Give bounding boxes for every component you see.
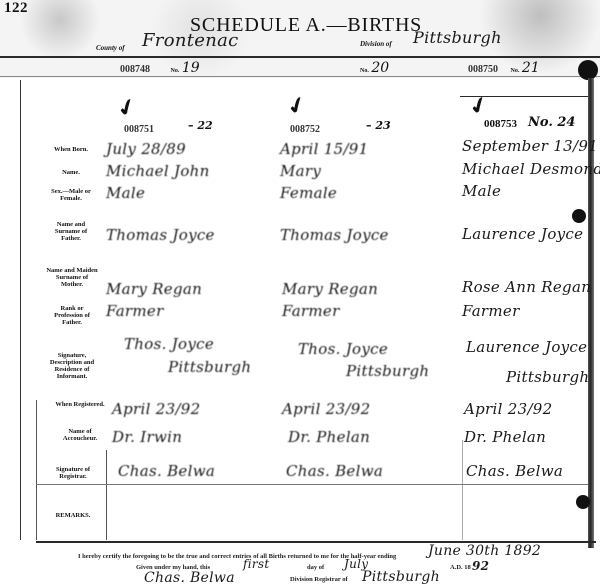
registrar-signature: Chas. Belwa (118, 462, 215, 480)
label-name: Name. (36, 169, 106, 176)
label-accoucheur: Name of Accoucheur. (55, 428, 105, 442)
accoucheur: Dr. Irwin (112, 428, 182, 446)
header-rule-lower (0, 76, 600, 77)
when-registered: April 23/92 (112, 400, 201, 418)
sex: Male (462, 182, 501, 200)
column-rule (462, 440, 463, 540)
father-profession: Farmer (282, 302, 340, 320)
child-name: Mary (280, 162, 321, 180)
day-of-label: day of (307, 564, 324, 571)
informant-name: Thos. Joyce (298, 340, 388, 358)
label-sex: Sex.—Male or Female. (41, 188, 101, 202)
division-value-footer: Pittsburgh (362, 569, 440, 585)
child-name: Michael Desmond (462, 160, 600, 178)
registration-number: – 23 (366, 119, 391, 132)
prev-cert-no: 008750 (468, 64, 498, 75)
accoucheur: Dr. Phelan (464, 428, 546, 446)
sex: Female (280, 184, 337, 202)
ad-label: A.D. 18 (450, 564, 471, 571)
cert-number: 008751 (124, 124, 154, 135)
label-registrar: Signature of Registrar. (45, 466, 101, 480)
label-informant: Signature, Description and Residence of … (47, 352, 97, 380)
father-name: Laurence Joyce (462, 225, 583, 243)
prev-entry-1: 008748 No. 19 (120, 60, 200, 76)
informant-residence: Pittsburgh (346, 362, 429, 380)
division-label: Division of (360, 40, 392, 48)
label-when-registered: When Registered. (55, 401, 105, 408)
label-when-born: When Born. (36, 146, 106, 153)
sex: Male (106, 184, 145, 202)
label-mother: Name and Maiden Surname of Mother. (46, 267, 98, 288)
mother-name: Mary Regan (282, 280, 378, 298)
prev-reg-no: 20 (371, 60, 389, 76)
prev-no-label: No. (171, 68, 180, 74)
label-column-rule (36, 400, 37, 540)
punch-hole (578, 60, 598, 80)
division-registrar-label: Division Registrar of (290, 576, 348, 583)
child-name: Michael John (106, 162, 210, 180)
cert-number: 008752 (290, 124, 320, 135)
header-rule (0, 56, 600, 58)
county-value: Frontenac (142, 30, 239, 51)
when-registered: April 23/92 (464, 400, 553, 418)
prev-reg-no: 19 (182, 60, 200, 76)
prev-cert-no: 008748 (120, 64, 150, 75)
mother-name: Rose Ann Regan (462, 278, 591, 296)
prev-entry-3: 008750 No. 21 (468, 60, 540, 76)
father-name: Thomas Joyce (280, 226, 389, 244)
registrar-signature: Chas. Belwa (466, 462, 563, 480)
prev-no-label: No. (511, 68, 520, 74)
label-column-rule (106, 450, 107, 540)
when-born: September 13/91 (462, 137, 598, 155)
registration-number: – 22 (188, 119, 213, 132)
accoucheur: Dr. Phelan (288, 428, 370, 446)
cert-number: 008753 (484, 118, 517, 130)
when-born: April 15/91 (280, 140, 369, 158)
punch-hole (576, 495, 590, 509)
informant-residence: Pittsburgh (168, 358, 251, 376)
prev-no-label: No. (360, 68, 369, 74)
day-value: first (243, 557, 270, 571)
father-profession: Farmer (462, 302, 520, 320)
informant-name: Laurence Joyce (466, 338, 587, 356)
informant-residence: Pittsburgh (506, 368, 589, 386)
registration-number: No. 24 (528, 115, 575, 130)
mother-name: Mary Regan (106, 280, 202, 298)
father-name: Thomas Joyce (106, 226, 215, 244)
year-value: 92 (472, 559, 489, 573)
label-father: Name and Surname of Father. (47, 221, 95, 242)
when-registered: April 23/92 (282, 400, 371, 418)
registrar-signature-footer: Chas. Belwa (144, 570, 235, 586)
punch-hole (572, 209, 586, 223)
page-number: 122 (4, 0, 28, 17)
when-born: July 28/89 (106, 140, 186, 158)
half-year-ending: June 30th 1892 (428, 543, 541, 559)
label-profession: Rank or Profession of Father. (48, 305, 96, 326)
county-label: County of (96, 44, 125, 52)
division-value: Pittsburgh (413, 28, 502, 47)
prev-entry-2: No. 20 (360, 60, 389, 76)
remarks-rule (36, 484, 588, 485)
birth-register-page: 122 SCHEDULE A.—BIRTHS County of Fronten… (0, 0, 600, 587)
registrar-signature: Chas. Belwa (286, 462, 383, 480)
father-profession: Farmer (106, 302, 164, 320)
informant-name: Thos. Joyce (124, 335, 214, 353)
label-remarks: REMARKS. (45, 512, 101, 519)
prev-reg-no: 21 (522, 60, 540, 76)
